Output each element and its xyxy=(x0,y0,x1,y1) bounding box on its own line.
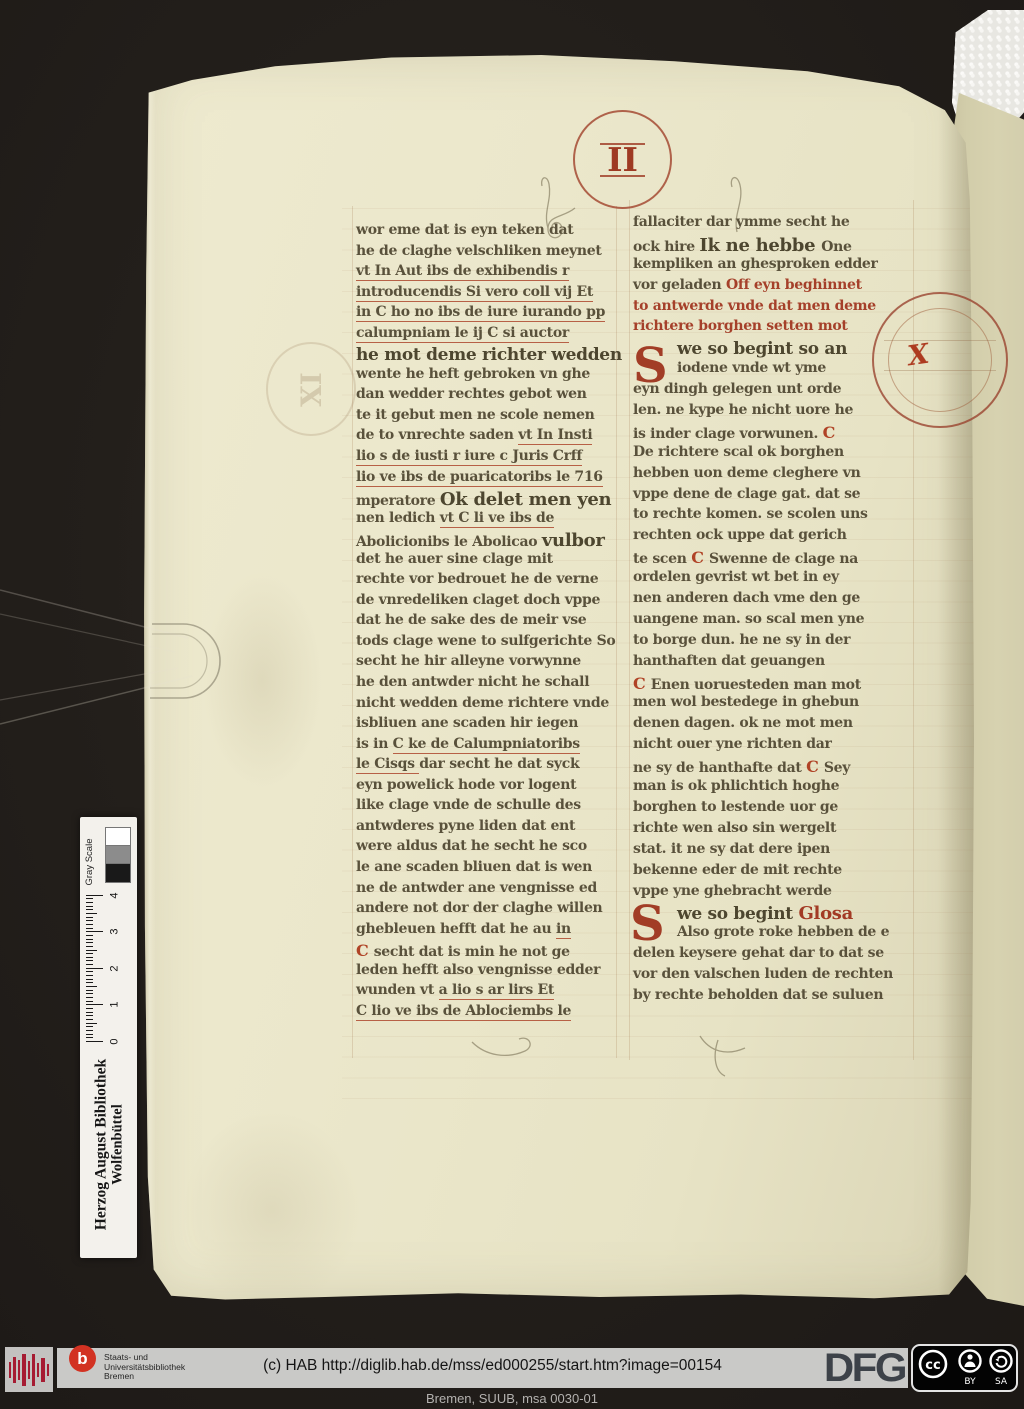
manuscript-line: eyn dingh gelegen unt orde xyxy=(633,381,915,402)
ruler-tick xyxy=(86,913,97,914)
ruler-tick xyxy=(86,942,93,943)
manuscript-line: ock hire Ik ne hebbe One xyxy=(633,235,915,256)
manuscript-line: delen keysere gehat dar to dat se xyxy=(633,945,915,966)
ruler-tick xyxy=(86,1019,93,1020)
folio-mark-circle-side: X xyxy=(872,292,1008,428)
ruler-number: 1 xyxy=(109,997,122,1013)
ruler-tick xyxy=(86,1015,93,1016)
ruler-tick xyxy=(86,971,93,972)
manuscript-line: were aldus dat he secht he sco xyxy=(356,838,618,859)
logo-bar xyxy=(28,1361,30,1379)
manuscript-line: te it gebut men ne scole nemen xyxy=(356,407,618,428)
cc-license-icons: cc BY SA xyxy=(913,1346,1016,1390)
svg-text:cc: cc xyxy=(925,1358,940,1373)
manuscript-line: te scen C Swenne de clage na xyxy=(633,548,915,569)
manuscript-line: vppe dene de clage gat. dat se xyxy=(633,486,915,507)
logo-bar xyxy=(22,1354,26,1386)
ruler-tick xyxy=(86,909,93,910)
ruler-tick xyxy=(86,1041,103,1042)
logo-bar xyxy=(32,1354,35,1386)
logo-bar xyxy=(18,1360,20,1380)
bremen-library-name: Staats- und Universitätsbibliothek Breme… xyxy=(104,1353,185,1382)
manuscript-line: fallaciter dar ymme secht he xyxy=(633,214,915,235)
folio-numeral: II xyxy=(600,143,645,177)
ruler-tick xyxy=(86,920,93,921)
gray-scale-white xyxy=(105,827,131,847)
manuscript-line: kempliken an ghesproken edder xyxy=(633,256,915,277)
manuscript-line: ne sy de hanthafte dat C Sey xyxy=(633,757,915,778)
ruler-tick xyxy=(86,964,93,965)
ruler-tick xyxy=(86,924,93,925)
manuscript-line: he de claghe velschliken meynet xyxy=(356,243,618,264)
page-deckle-edge xyxy=(142,86,156,1266)
ruler-tick xyxy=(86,939,93,940)
ruler-tick xyxy=(86,1001,93,1002)
ruler-tick xyxy=(86,997,93,998)
manuscript-line: wunden vt a lio s ar lirs Et xyxy=(356,982,618,1003)
manuscript-line: is in C ke de Calumpniatoribs xyxy=(356,736,618,757)
text-column-left: wor eme dat is eyn teken dathe de claghe… xyxy=(356,222,618,1023)
manuscript-line: C secht dat is min he not ge xyxy=(356,941,618,962)
manuscript-line: is inder clage vorwunen. C xyxy=(633,423,915,444)
ruler-number: 3 xyxy=(109,924,122,940)
page-stain xyxy=(202,570,322,790)
sa-arrow-icon xyxy=(991,1351,1012,1372)
ruler-tick xyxy=(86,931,103,932)
ruler-tick xyxy=(86,1023,97,1024)
ruler: 01234 xyxy=(80,887,137,1052)
shelfmark-caption: Bremen, SUUB, msa 0030-01 xyxy=(0,1391,1024,1406)
ruler-tick xyxy=(86,993,93,994)
manuscript-line: vt In Aut ibs de exhibendis r xyxy=(356,263,618,284)
manuscript-line: det he auer sine clage mit xyxy=(356,551,618,572)
manuscript-line: andere not dor der claghe willen xyxy=(356,900,618,921)
manuscript-line: vor den valschen luden de rechten xyxy=(633,966,915,987)
ruler-tick xyxy=(86,935,93,936)
manuscript-line: in C ho no ibs de iure iurando pp xyxy=(356,304,618,325)
manuscript-line: rechten ock uppe dat gerich xyxy=(633,527,915,548)
ruler-tick xyxy=(86,953,93,954)
manuscript-line: antwderes pyne liden dat ent xyxy=(356,818,618,839)
logo-bar xyxy=(37,1363,39,1377)
dfg-logo: DFG xyxy=(824,1345,905,1391)
manuscript-line: wente he heft gebroken vn ghe xyxy=(356,366,618,387)
library-name-line1: Herzog August Bibliothek xyxy=(93,1045,110,1245)
color-scale-strip: Gray Scale 01234 Herzog August Bibliothe… xyxy=(80,817,137,1258)
ruler-tick xyxy=(86,1034,93,1035)
manuscript-line: nen anderen dach vme den ge xyxy=(633,590,915,611)
manuscript-line: bekenne eder de mit rechte xyxy=(633,862,915,883)
manuscript-line: vppe yne ghebracht werde xyxy=(633,883,915,904)
ruler-tick xyxy=(86,917,93,918)
manuscript-line: eyn powelick hode vor logent xyxy=(356,777,618,798)
manuscript-line: borghen to lestende uor ge xyxy=(633,799,915,820)
manuscript-line: wor eme dat is eyn teken dat xyxy=(356,222,618,243)
manuscript-line: len. ne kype he nicht uore he xyxy=(633,402,915,423)
logo-bar xyxy=(47,1364,49,1376)
manuscript-line: richtere borghen setten mot xyxy=(633,318,915,339)
manuscript-line: hanthaften dat geuangen xyxy=(633,653,915,674)
ruler-tick xyxy=(86,982,93,983)
ruler-number: 4 xyxy=(109,887,122,903)
manuscript-line: nicht ouer yne richten dar xyxy=(633,736,915,757)
manuscript-line: hebben uon deme cleghere vn xyxy=(633,465,915,486)
manuscript-line: ordelen gevrist wt bet in ey xyxy=(633,569,915,590)
cc-license-badge: cc BY SA xyxy=(911,1344,1018,1392)
gray-scale-black xyxy=(105,863,131,883)
ruler-tick xyxy=(86,986,97,987)
ruler-tick xyxy=(86,895,103,896)
manuscript-line: ne de antwder ane vengnisse ed xyxy=(356,880,618,901)
ruler-tick xyxy=(86,950,97,951)
manuscript-line: richte wen also sin wergelt xyxy=(633,820,915,841)
library-name-line2: Wolfenbüttel xyxy=(110,1045,126,1245)
ruler-tick xyxy=(86,960,93,961)
library-label: Herzog August Bibliothek Wolfenbüttel xyxy=(81,1045,138,1245)
manuscript-line: uangene man. so scal men yne xyxy=(633,611,915,632)
ruler-number: 2 xyxy=(109,960,122,976)
logo-bar xyxy=(13,1357,16,1383)
manuscript-line: he mot deme richter wedden xyxy=(356,345,618,366)
caption-bar: b Staats- und Universitätsbibliothek Bre… xyxy=(57,1348,908,1388)
guide-line xyxy=(884,340,996,341)
folio-mark-circle-top: II xyxy=(573,110,672,209)
ruler-tick xyxy=(86,906,93,907)
gray-scale-mid xyxy=(105,845,131,865)
manuscript-line: we so begint Glosa xyxy=(633,903,915,924)
manuscript-line: nen ledich vt C li ve ibs de xyxy=(356,510,618,531)
by-person-icon xyxy=(960,1351,981,1372)
manuscript-line: by rechte beholden dat se suluen xyxy=(633,987,915,1008)
manuscript-line: ghebleuen hefft dat he au in xyxy=(356,921,618,942)
ruler-tick xyxy=(86,957,93,958)
manuscript-line: lio ve ibs de puaricatoribs le 716 xyxy=(356,469,618,490)
ruler-tick xyxy=(86,1008,93,1009)
manuscript-line: de to vnrechte saden vt In Insti xyxy=(356,427,618,448)
manuscript-line: to antwerde vnde dat men deme xyxy=(633,298,915,319)
drop-cap-initial: S xyxy=(630,902,665,946)
manuscript-line: Also grote roke hebben de e xyxy=(633,924,915,945)
sa-label: SA xyxy=(995,1377,1008,1387)
manuscript-line: lio s de iusti r iure c Juris Crff xyxy=(356,448,618,469)
drop-cap-initial: S xyxy=(633,344,668,388)
manuscript-line: secht he hir alleyne vorwynne xyxy=(356,653,618,674)
ruler-tick xyxy=(86,898,93,899)
manuscript-line: De richtere scal ok borghen xyxy=(633,444,915,465)
ruler-tick xyxy=(86,1030,93,1031)
manuscript-line: C Enen uoruesteden man mot xyxy=(633,674,915,695)
manuscript-line: dat he de sake des de meir vse xyxy=(356,612,618,633)
ruler-tick xyxy=(86,1004,103,1005)
manuscript-line: like clage vnde de schulle des xyxy=(356,797,618,818)
manuscript-line: de vnredeliken claget doch vppe xyxy=(356,592,618,613)
bremen-b-logo: b xyxy=(69,1345,96,1372)
manuscript-line: introducendis Si vero coll vij Et xyxy=(356,284,618,305)
manuscript-line: dan wedder rechtes gebot wen xyxy=(356,386,618,407)
showthrough-folio-mark: XI xyxy=(266,342,356,436)
manuscript-line: rechte vor bedrouet he de verne xyxy=(356,571,618,592)
manuscript-line: tods clage wene to sulfgerichte So xyxy=(356,633,618,654)
ruler-tick xyxy=(86,946,93,947)
page-stain xyxy=(182,1110,362,1310)
manuscript-line: vor geladen Off eyn beghinnet xyxy=(633,277,915,298)
inner-circle xyxy=(888,308,992,412)
ruler-tick xyxy=(86,1026,93,1027)
logo-bar xyxy=(41,1358,45,1382)
manuscript-line: C lio ve ibs de Ablociembs le xyxy=(356,1003,618,1024)
ruler-tick xyxy=(86,902,93,903)
manuscript-line: le ane scaden bliuen dat is wen xyxy=(356,859,618,880)
photo-stage: XI wor eme dat is eyn teken dathe de cla… xyxy=(0,0,1024,1409)
manuscript-line: isbliuen ane scaden hir iegen xyxy=(356,715,618,736)
manuscript-line: he den antwder nicht he schall xyxy=(356,674,618,695)
manuscript-line: calumpniam le ij C si auctor xyxy=(356,325,618,346)
ruler-tick xyxy=(86,975,93,976)
guide-line xyxy=(884,370,996,371)
by-label: BY xyxy=(964,1377,976,1387)
bremen-b-letter: b xyxy=(77,1349,87,1369)
manuscript-line: to rechte komen. se scolen uns xyxy=(633,506,915,527)
column-guide xyxy=(352,206,353,1058)
copyright-caption: (c) HAB http://diglib.hab.de/mss/ed00025… xyxy=(197,1357,788,1375)
manuscript-line: denen dagen. ok ne mot men xyxy=(633,715,915,736)
bremen-bars-logo xyxy=(5,1347,53,1392)
manuscript-line: stat. it ne sy dat dere ipen xyxy=(633,841,915,862)
manuscript-line: men wol bestedege in ghebun xyxy=(633,694,915,715)
side-numeral: X xyxy=(906,339,931,373)
manuscript-line: le Cisqs dar secht he dat syck xyxy=(356,756,618,777)
ruler-tick xyxy=(86,1012,93,1013)
logo-bar xyxy=(9,1362,11,1378)
manuscript-line: Abolicionibs le Abolicao vulbor xyxy=(356,530,618,551)
manuscript-line: mperatore Ok delet men yen xyxy=(356,489,618,510)
manuscript-line: nicht wedden deme richtere vnde xyxy=(356,695,618,716)
ruler-tick xyxy=(86,979,93,980)
ruler-tick xyxy=(86,990,93,991)
manuscript-line: to borge dun. he ne sy in der xyxy=(633,632,915,653)
showthrough-numeral: XI xyxy=(294,372,327,407)
ruler-tick xyxy=(86,1037,93,1038)
bremen-line: Bremen xyxy=(104,1372,185,1382)
manuscript-line: man is ok phlichtich hoghe xyxy=(633,778,915,799)
ruler-tick xyxy=(86,968,103,969)
manuscript-line: leden hefft also vengnisse edder xyxy=(356,962,618,983)
text-column-right: fallaciter dar ymme secht heock hire Ik … xyxy=(633,214,915,1008)
ruler-tick xyxy=(86,928,93,929)
